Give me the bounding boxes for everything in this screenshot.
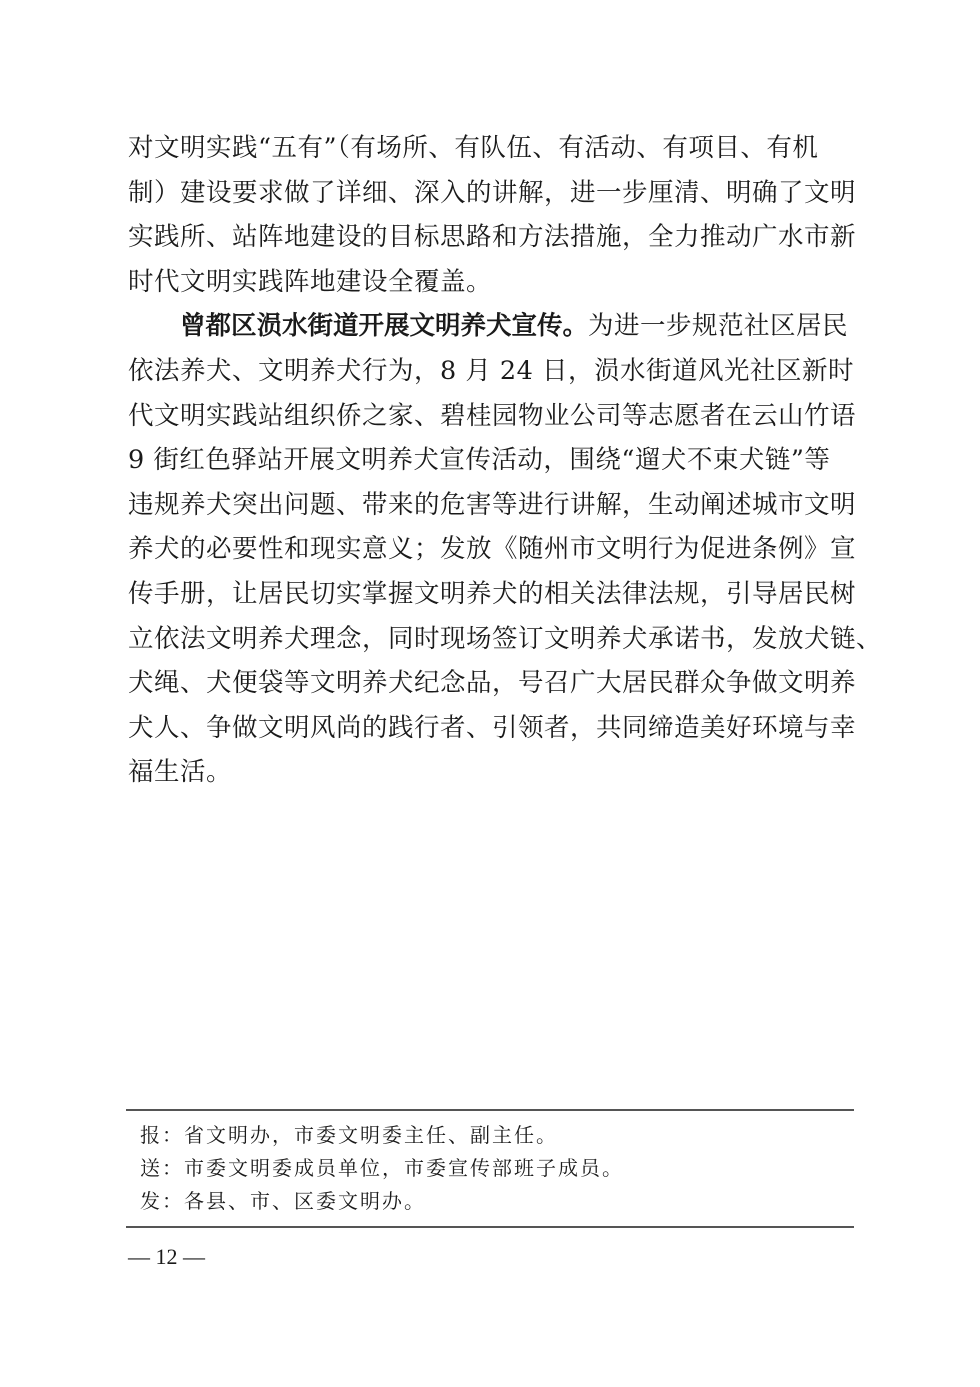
distribution-label: 报： — [140, 1123, 184, 1147]
distribution-label: 发： — [140, 1189, 184, 1213]
distribution-text: 各县、市、区委文明办。 — [184, 1189, 426, 1213]
distribution-row-issue: 发：各县、市、区委文明办。 — [140, 1185, 854, 1218]
text-fragment: 为进一步规范社区居民 — [588, 311, 848, 341]
distribution-list: 报：省文明办，市委文明委主任、副主任。 送：市委文明委成员单位，市委宣传部班子成… — [126, 1111, 854, 1226]
text-line: 立依法文明养犬理念，同时现场签订文明养犬承诺书，发放犬链、 — [128, 617, 854, 662]
text-line: 依法养犬、文明养犬行为，8 月 24 日，涢水街道风光社区新时 — [128, 349, 854, 394]
text-line: 犬绳、犬便袋等文明养犬纪念品，号召广大居民群众争做文明养 — [128, 661, 854, 706]
text-line: 时代文明实践阵地建设全覆盖。 — [128, 260, 854, 305]
text-line: 养犬的必要性和现实意义；发放《随州市文明行为促进条例》宣 — [128, 527, 854, 572]
text-line: 9 街红色驿站开展文明养犬宣传活动，围绕“遛犬不束犬链”等 — [128, 438, 854, 483]
paragraph-heading: 曾都区涢水街道开展文明养犬宣传。 — [180, 311, 588, 341]
text-line: 传手册，让居民切实掌握文明养犬的相关法律法规，引导居民树 — [128, 572, 854, 617]
text-line: 犬人、争做文明风尚的践行者、引领者，共同缔造美好环境与幸 — [128, 706, 854, 751]
paragraph-1: 对文明实践“五有”（有场所、有队伍、有活动、有项目、有机 制）建设要求做了详细、… — [128, 126, 854, 304]
distribution-label: 送： — [140, 1156, 184, 1180]
document-body: 对文明实践“五有”（有场所、有队伍、有活动、有项目、有机 制）建设要求做了详细、… — [128, 126, 854, 795]
distribution-text: 市委文明委成员单位，市委宣传部班子成员。 — [184, 1156, 624, 1180]
text-line: 福生活。 — [128, 750, 854, 795]
page-number: — 12 — — [128, 1242, 205, 1272]
text-line: 违规养犬突出问题、带来的危害等进行讲解，生动阐述城市文明 — [128, 483, 854, 528]
paragraph-2: 曾都区涢水街道开展文明养犬宣传。为进一步规范社区居民 依法养犬、文明养犬行为，8… — [128, 304, 854, 795]
text-line-first: 曾都区涢水街道开展文明养犬宣传。为进一步规范社区居民 — [128, 304, 854, 349]
distribution-row-send: 送：市委文明委成员单位，市委宣传部班子成员。 — [140, 1152, 854, 1185]
bottom-divider — [126, 1226, 854, 1228]
distribution-block: 报：省文明办，市委文明委主任、副主任。 送：市委文明委成员单位，市委宣传部班子成… — [126, 1109, 854, 1228]
text-line: 实践所、站阵地建设的目标思路和方法措施，全力推动广水市新 — [128, 215, 854, 260]
text-line: 制）建设要求做了详细、深入的讲解，进一步厘清、明确了文明 — [128, 171, 854, 216]
text-line: 代文明实践站组织侨之家、碧桂园物业公司等志愿者在云山竹语 — [128, 394, 854, 439]
distribution-row-report: 报：省文明办，市委文明委主任、副主任。 — [140, 1119, 854, 1152]
distribution-text: 省文明办，市委文明委主任、副主任。 — [184, 1123, 558, 1147]
text-line: 对文明实践“五有”（有场所、有队伍、有活动、有项目、有机 — [128, 126, 854, 171]
